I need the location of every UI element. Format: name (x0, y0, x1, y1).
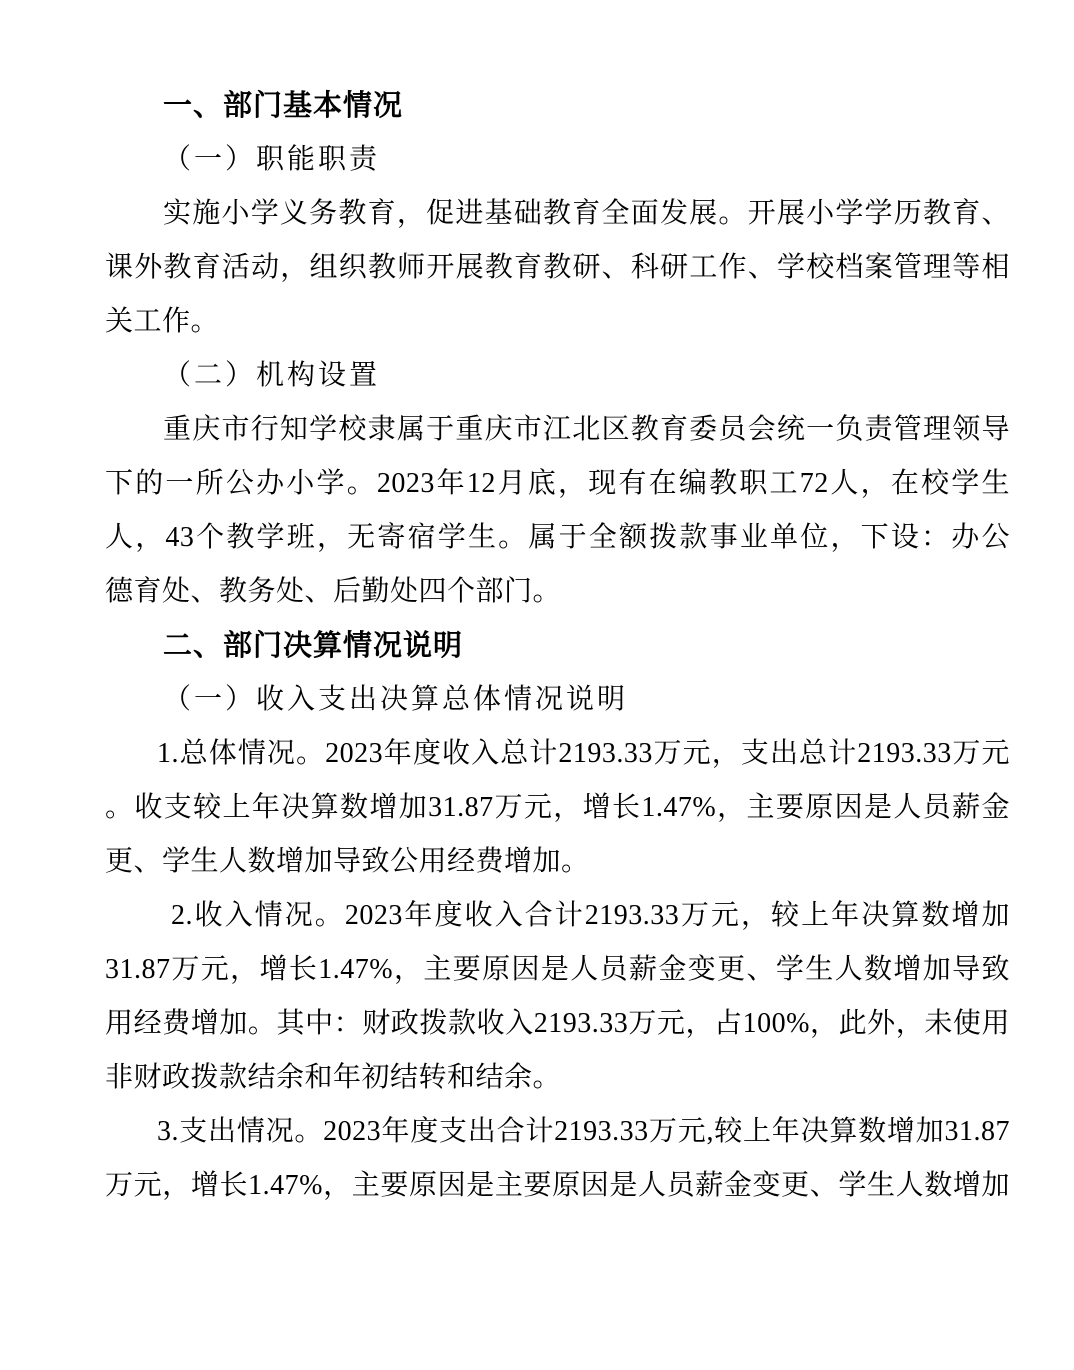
para-overall-line-1: 1.总体情况。2023年度收入总计2193.33万元，支出总计2193.33万元 (105, 727, 1010, 781)
para-overall-line-3: 更、学生人数增加导致公用经费增加。 (105, 835, 1010, 889)
para-expenditure-line-1: 3.支出情况。2023年度支出合计2193.33万元,较上年决算数增加31.87 (105, 1105, 1010, 1159)
subheading-overall: （一）收入支出决算总体情况说明 (105, 673, 1010, 727)
para-income-line-1: 2.收入情况。2023年度收入合计2193.33万元，较上年决算数增加 (105, 889, 1010, 943)
para-expenditure-line-2: 万元，增长1.47%，主要原因是主要原因是人员薪金变更、学生人数增加 (105, 1159, 1010, 1213)
subheading-duties: （一）职能职责 (105, 133, 1010, 187)
para-income-line-4: 非财政拨款结余和年初结转和结余。 (105, 1051, 1010, 1105)
para-duties-line-2: 课外教育活动，组织教师开展教育教研、科研工作、学校档案管理等相 (105, 241, 1010, 295)
subheading-organization: （二）机构设置 (105, 349, 1010, 403)
para-org-line-2: 下的一所公办小学。2023年12月底，现有在编教职工72人，在校学生2020 (105, 457, 1010, 511)
heading-section-1: 一、部门基本情况 (105, 79, 1010, 133)
para-income-line-3: 用经费增加。其中：财政拨款收入2193.33万元，占100%，此外，未使用 (105, 997, 1010, 1051)
para-org-line-1: 重庆市行知学校隶属于重庆市江北区教育委员会统一负责管理领导 (105, 403, 1010, 457)
para-org-line-3: 人，43个教学班，无寄宿学生。属于全额拨款事业单位，下设：办公室、 (105, 511, 1010, 565)
para-duties-line-3: 关工作。 (105, 295, 1010, 349)
para-overall-line-2: 。收支较上年决算数增加31.87万元，增长1.47%，主要原因是人员薪金变 (105, 781, 1010, 835)
heading-section-2: 二、部门决算情况说明 (105, 619, 1010, 673)
para-duties-line-1: 实施小学义务教育，促进基础教育全面发展。开展小学学历教育、 (105, 187, 1010, 241)
document-page: { "doc": { "lines": [ { "text": "一、部门基本情… (0, 0, 1074, 1370)
para-income-line-2: 31.87万元，增长1.47%，主要原因是人员薪金变更、学生人数增加导致公 (105, 943, 1010, 997)
para-org-line-4: 德育处、教务处、后勤处四个部门。 (105, 565, 1010, 619)
document-body: 一、部门基本情况 （一）职能职责 实施小学义务教育，促进基础教育全面发展。开展小… (105, 79, 1010, 1213)
